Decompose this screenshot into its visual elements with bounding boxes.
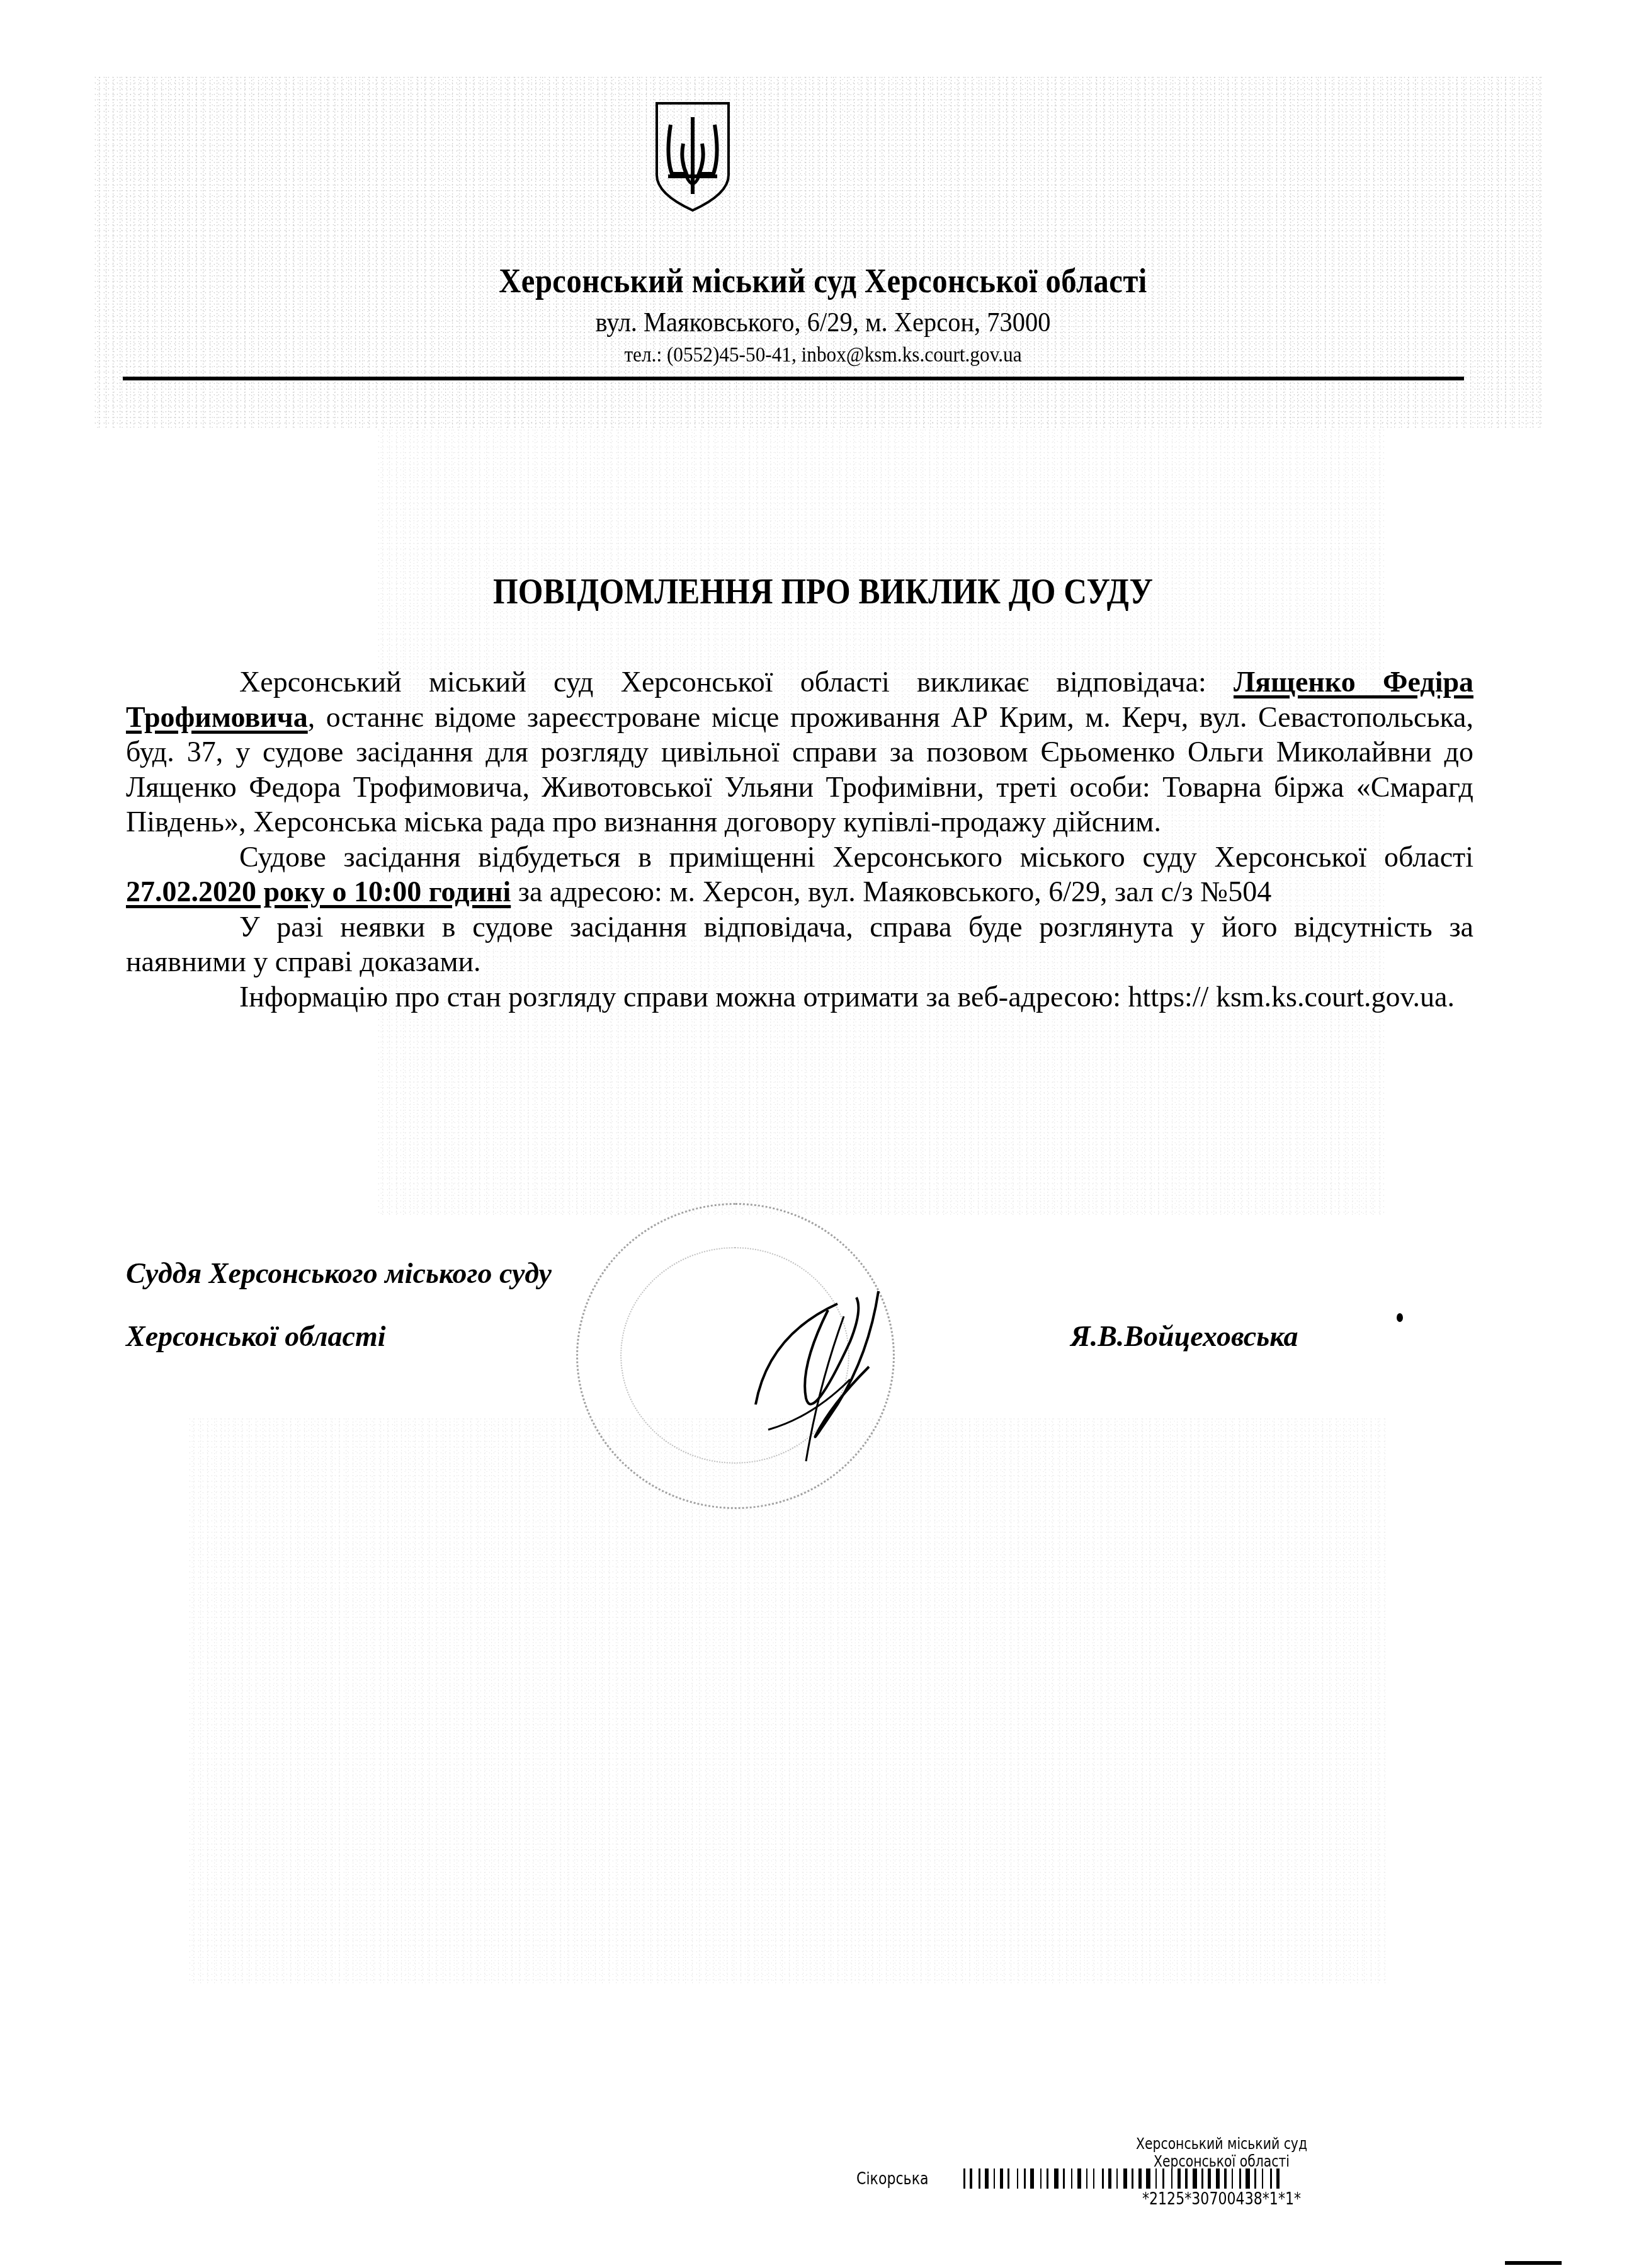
summons-lead: Херсонський міський суд Херсонської обла… — [239, 666, 1234, 698]
hearing-location: за адресою: м. Херсон, вул. Маяковського… — [511, 875, 1271, 908]
scan-noise-lower — [189, 1417, 1385, 1984]
trident-icon — [652, 100, 734, 213]
document-title: ПОВІДОМЛЕННЯ ПРО ВИКЛИК ДО СУДУ — [99, 570, 1547, 612]
hearing-datetime: 27.02.2020 року о 10:00 годині — [126, 875, 511, 908]
court-name: Херсонський міський суд Херсонської обла… — [82, 261, 1564, 300]
barcode-text: *2125*30700438*1*1* — [1035, 2190, 1409, 2209]
paragraph-absence: У разі неявки в судове засідання відпові… — [126, 909, 1473, 979]
footer-court-line2: Херсонської області — [1035, 2153, 1409, 2170]
corner-mark — [1505, 2261, 1562, 2265]
paragraph-hearing: Судове засідання відбудеться в приміщенн… — [126, 840, 1473, 909]
document-body: Херсонський міський суд Херсонської обла… — [126, 664, 1473, 1014]
hearing-lead: Судове засідання відбудеться в приміщенн… — [239, 841, 1473, 873]
barcode — [963, 2168, 1467, 2189]
paragraph-summons: Херсонський міський суд Херсонської обла… — [126, 664, 1473, 840]
court-address: вул. Маяковського, 6/29, м. Херсон, 7300… — [66, 306, 1581, 338]
footer-operator: Сікорська — [856, 2170, 929, 2189]
paragraph-info: Інформацію про стан розгляду справи можн… — [126, 979, 1473, 1015]
court-contacts: тел.: (0552)45-50-41, inbox@ksm.ks.court… — [66, 343, 1581, 367]
footer-court-line1: Херсонський міський суд — [1035, 2135, 1409, 2153]
summons-details: , останнє відоме зареєстроване місце про… — [126, 701, 1473, 838]
ink-dot — [1397, 1313, 1403, 1322]
scan-noise-header — [94, 76, 1543, 428]
judge-position-line1: Суддя Херсонського міського суду — [126, 1257, 552, 1290]
judge-position-line2: Херсонської області — [126, 1319, 386, 1353]
handwritten-signature — [743, 1279, 894, 1467]
judge-name: Я.В.Войцеховська — [1070, 1319, 1298, 1353]
header-divider — [123, 377, 1464, 380]
